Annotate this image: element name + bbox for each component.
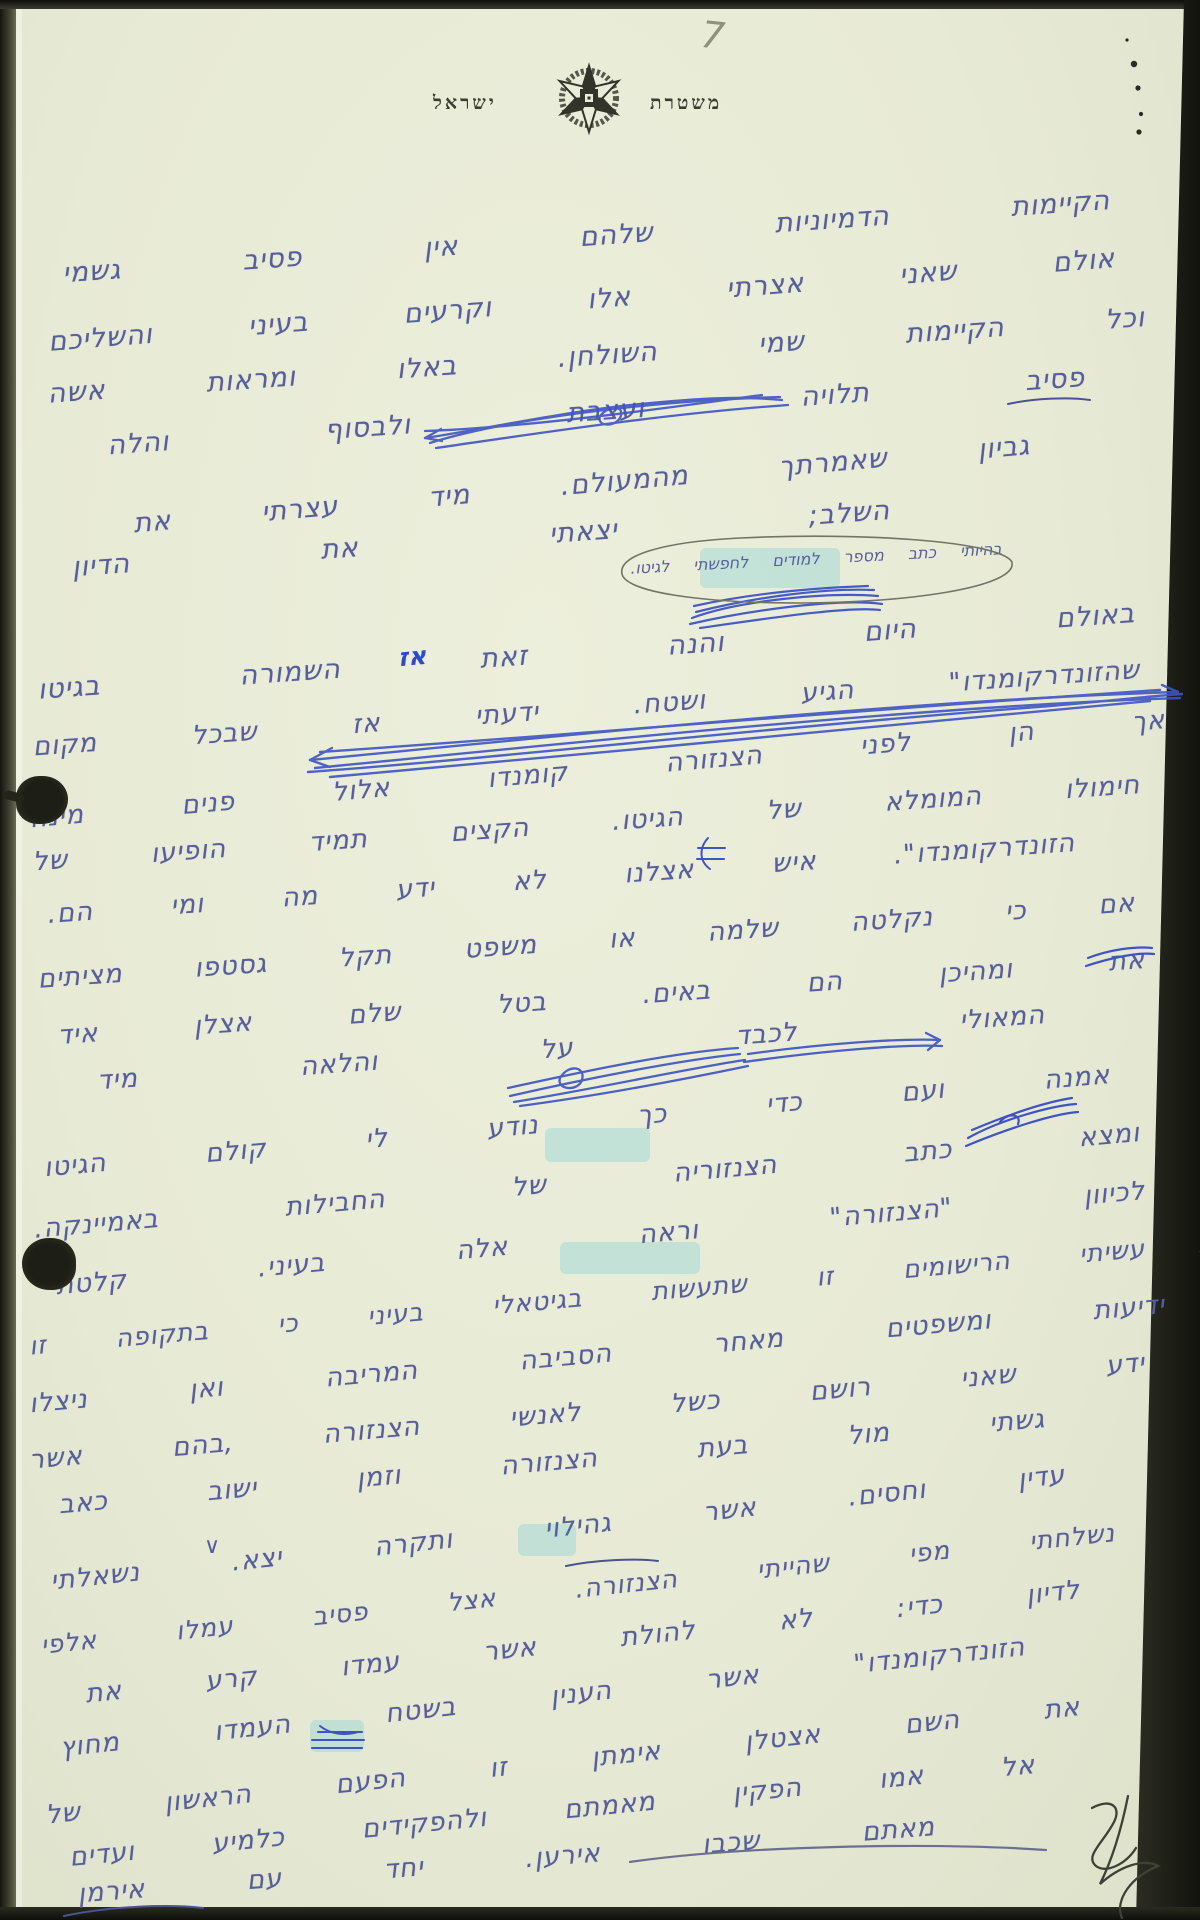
- paper-edge-highlight: [16, 0, 22, 1920]
- letterhead-word-israel: ישראל: [433, 92, 497, 115]
- police-badge-icon: [551, 60, 627, 136]
- scan-border-left: [0, 0, 16, 1920]
- hole-punch: [22, 1238, 76, 1290]
- scan-border-top: [0, 0, 1200, 9]
- bright-ink-word: אז: [397, 641, 428, 672]
- insertion-caret-mark: ∨: [204, 1534, 220, 1559]
- page-number: 7: [699, 13, 727, 58]
- letterhead-word-mishteret: משטרת: [650, 92, 722, 115]
- scan-border-bottom: [0, 1907, 1200, 1920]
- ink-specks: [1125, 38, 1143, 134]
- scanned-page: 7 משטרת ישראל הקיימותהדמיוניותשלהםאיןפסי…: [0, 0, 1200, 1920]
